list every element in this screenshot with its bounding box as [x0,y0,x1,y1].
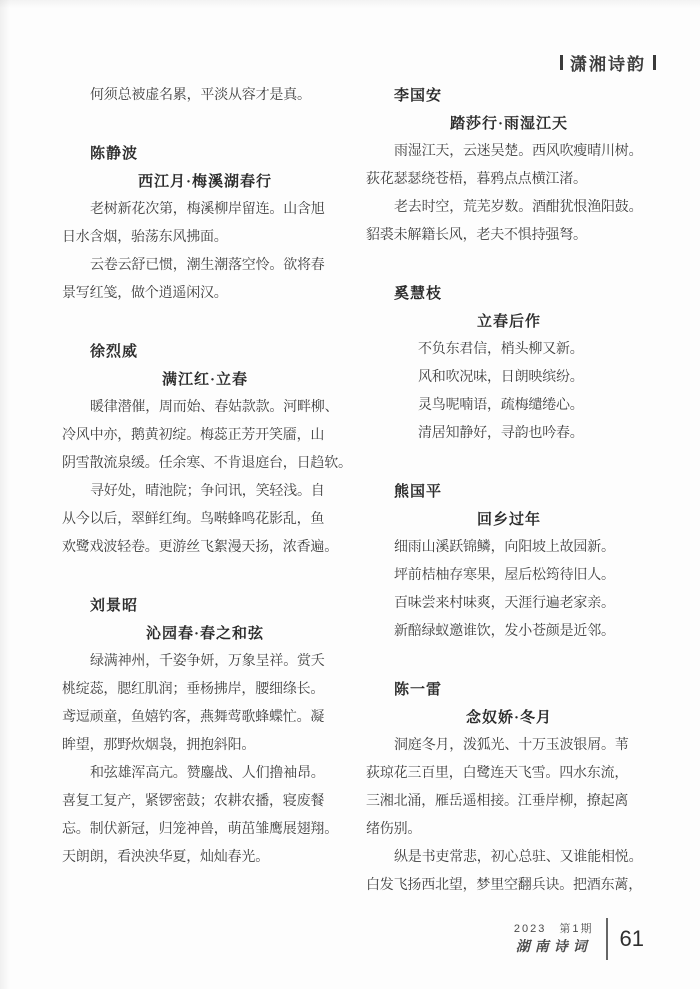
poem-line: 三湘北涌，雁岳遥相接。江垂岸柳，撩起离 [366,788,652,816]
poem-line: 阴雪散流泉缓。任余寒、不肯退庭台，日趋软。 [62,450,348,478]
poem-line: 荻花瑟瑟绕苍梧，暮鸦点点横江渚。 [366,166,652,194]
header-bar-icon [560,55,563,70]
poem-line: 冷风中亦，鹅黄初绽。梅蕊正芳开笑靥，山 [62,422,348,450]
footer-issue-block: 2023 第1期 湖南诗词 [514,922,594,957]
poem-niannujiao: 陈一雷 念奴娇·冬月 洞庭冬月，泼狐光、十万玉波银屑。苇 荻琼花三百里，白鹭连天… [366,676,652,900]
poem-author: 熊国平 [366,478,652,506]
poem-line: 雨湿江天，云迷吴楚。西风吹瘦晴川树。 [366,138,652,166]
page-footer: 2023 第1期 湖南诗词 61 [514,918,644,960]
poem-line: 日水含烟，骀荡东风拂面。 [62,224,348,252]
poem-line: 不负东君信，梢头柳又新。 [366,336,652,364]
poem-xijiangyue: 陈静波 西江月·梅溪湖春行 老树新花次第，梅溪柳岸留连。山含旭 日水含烟，骀荡东… [62,140,348,308]
poem-line: 从今以后，翠鲜红绚。鸟啭蜂鸣花影乱，鱼 [62,506,348,534]
page-header: 潇湘诗韵 [560,50,656,75]
poem-line: 白发飞扬西北望，梦里空翻兵诀。把酒东蓠， [366,872,652,900]
poem-lichunhouzuo: 奚慧枝 立春后作 不负东君信，梢头柳又新。 风和吹况味，日朗映缤纷。 灵鸟呢喃语… [366,280,652,448]
header-title: 潇湘诗韵 [570,50,646,75]
poem-line: 寻好处，晴池院；争问讯，笑轻浅。自 [62,478,348,506]
poem-line: 桃绽蕊，腮红肌润；垂杨拂岸，腰细绦长。 [62,676,348,704]
poem-line: 绿满神州，千姿争妍，万象呈祥。赏夭 [62,648,348,676]
right-column: 李国安 踏莎行·雨湿江天 雨湿江天，云迷吴楚。西风吹瘦晴川树。 荻花瑟瑟绕苍梧，… [366,82,652,900]
poem-author: 李国安 [366,82,652,110]
poem-line: 灵鸟呢喃语，疏梅缱绻心。 [366,392,652,420]
poem-line: 细雨山溪跃锦鳞，向阳坡上故园新。 [366,534,652,562]
poem-line: 忘。制伏新冠，归笼神兽，萌茁雏鹰展翅翔。 [62,816,348,844]
poem-line: 老树新花次第，梅溪柳岸留连。山含旭 [62,196,348,224]
poem-line: 眸望，那野炊烟袅，拥抱斜阳。 [62,732,348,760]
footer-divider [606,918,608,960]
page-number: 61 [620,926,644,952]
poem-line: 百味尝来村味爽，天涯行遍老家亲。 [366,590,652,618]
poem-title: 念奴娇·冬月 [366,704,652,732]
poem-title: 立春后作 [366,308,652,336]
poem-line: 喜复工复产，紧锣密鼓；农耕农播，寝废餐 [62,788,348,816]
poem-line: 坪前桔柚存寒果，屋后松筠待旧人。 [366,562,652,590]
poem-title: 西江月·梅溪湖春行 [62,168,348,196]
poem-title: 满江红·立春 [62,366,348,394]
poem-qinyuanchun: 刘景昭 沁园春·春之和弦 绿满神州，千姿争妍，万象呈祥。赏夭 桃绽蕊，腮红肌润；… [62,592,348,872]
poem-huixiangguonian: 熊国平 回乡过年 细雨山溪跃锦鳞，向阳坡上故园新。 坪前桔柚存寒果，屋后松筠待旧… [366,478,652,646]
poem-line: 云卷云舒已惯，潮生潮落空怜。欲将春 [62,252,348,280]
left-column: 何须总被虚名累，平淡从容才是真。 陈静波 西江月·梅溪湖春行 老树新花次第，梅溪… [62,82,348,872]
journal-logo: 湖南诗词 [514,937,594,957]
poem-line: 天朗朗，看泱泱华夏，灿灿春光。 [62,844,348,872]
poem-line: 鸢逗顽童，鱼嬉钓客，燕舞莺歌蜂蝶忙。凝 [62,704,348,732]
poem-title: 沁园春·春之和弦 [62,620,348,648]
poem-author: 陈静波 [62,140,348,168]
poem-line: 和弦雄浑高亢。赞鏖战、人们撸袖昂。 [62,760,348,788]
poem-line: 洞庭冬月，泼狐光、十万玉波银屑。苇 [366,732,652,760]
journal-page: 潇湘诗韵 何须总被虚名累，平淡从容才是真。 陈静波 西江月·梅溪湖春行 老树新花… [0,0,700,989]
poem-line: 绪伤别。 [366,816,652,844]
poem-title: 踏莎行·雨湿江天 [366,110,652,138]
header-bar-icon [653,55,656,70]
poem-author: 奚慧枝 [366,280,652,308]
poem-line: 欢鹭戏波轻卷。更游丝飞絮漫天扬，浓香遍。 [62,534,348,562]
poem-tasuoxing: 李国安 踏莎行·雨湿江天 雨湿江天，云迷吴楚。西风吹瘦晴川树。 荻花瑟瑟绕苍梧，… [366,82,652,250]
poem-line: 清居知静好，寻韵也吟春。 [366,420,652,448]
poem-author: 徐烈威 [62,338,348,366]
poem-line: 老去时空，荒芜岁数。酒酣犹恨渔阳鼓。 [366,194,652,222]
poem-line: 景写红笺，做个逍遥闲汉。 [62,280,348,308]
issue-info: 2023 第1期 [514,922,594,937]
poem-author: 刘景昭 [62,592,348,620]
poem-line: 纵是书吏常悲，初心总驻、又谁能相悦。 [366,844,652,872]
poem-manjianghong: 徐烈威 满江红·立春 暖律潜催，周而始、春姑款款。河畔柳、 冷风中亦，鹅黄初绽。… [62,338,348,562]
carryover-line: 何须总被虚名累，平淡从容才是真。 [62,82,348,110]
poem-line: 荻琼花三百里，白鹭连天飞雪。四水东流， [366,760,652,788]
poem-author: 陈一雷 [366,676,652,704]
poem-title: 回乡过年 [366,506,652,534]
poem-line: 貂裘未解籍长风，老夫不惧持强弩。 [366,222,652,250]
poem-line: 暖律潜催，周而始、春姑款款。河畔柳、 [62,394,348,422]
poem-line: 风和吹况味，日朗映缤纷。 [366,364,652,392]
poem-line: 新醅绿蚁邀谁饮，发小苍颜是近邻。 [366,618,652,646]
